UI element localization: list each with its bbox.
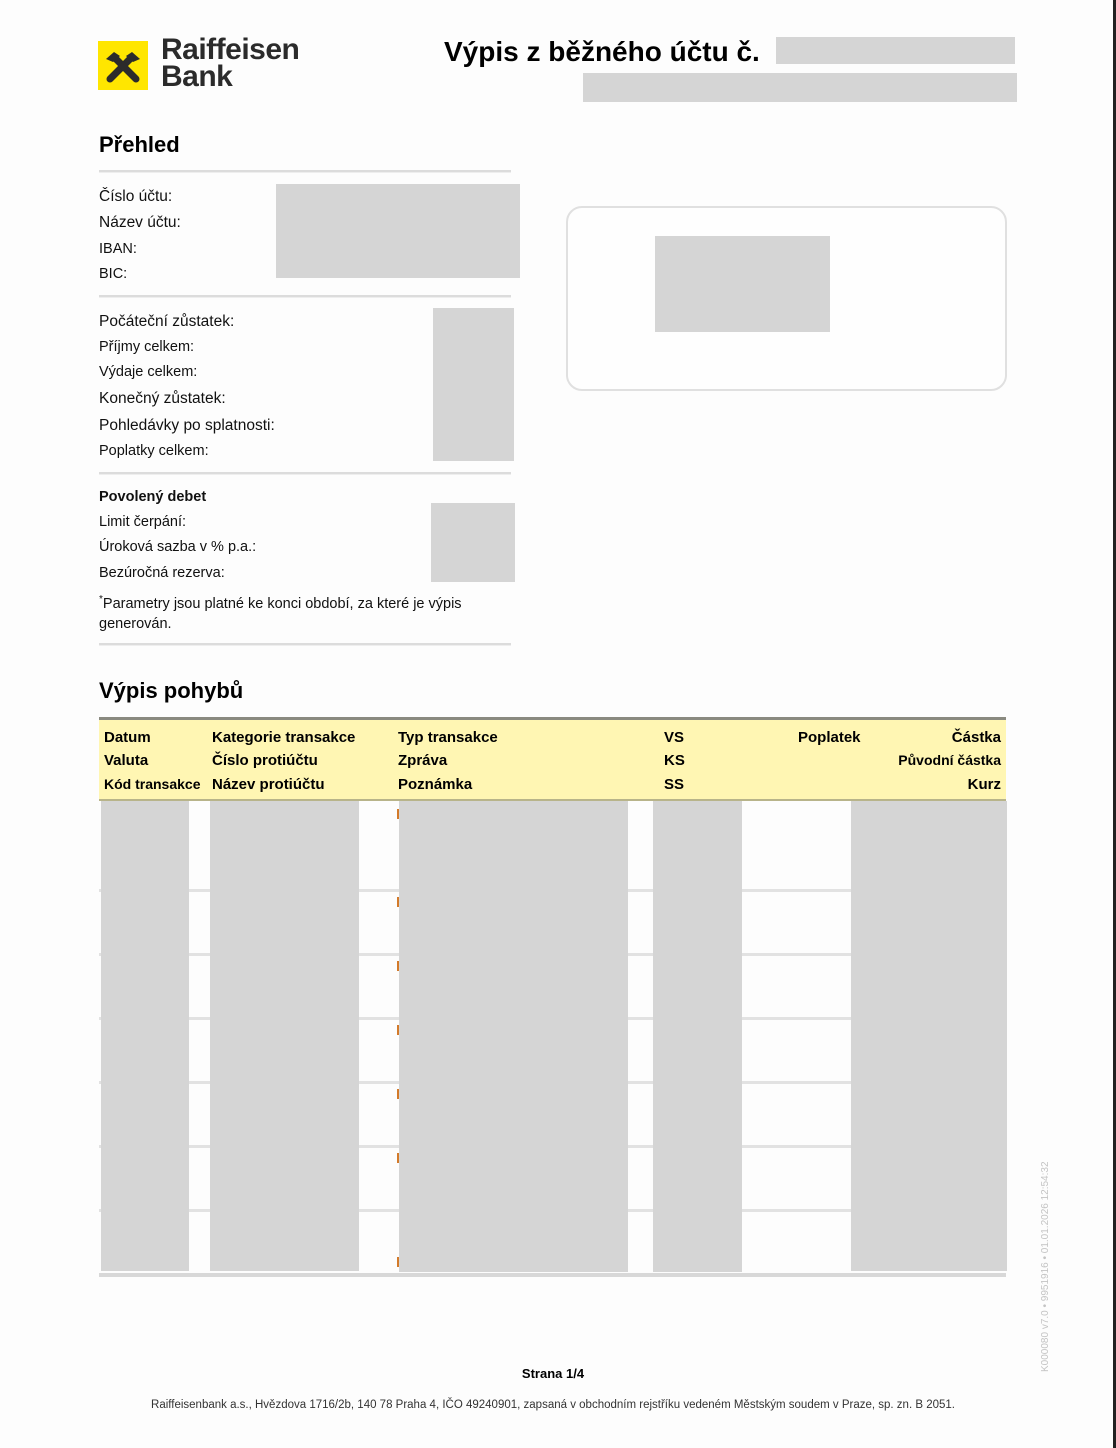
label-opening-balance: Počáteční zůstatek: — [99, 313, 234, 331]
col-exchange-rate: Kurz — [968, 776, 1001, 793]
label-interest-free-reserve: Bezúročná rezerva: — [99, 565, 225, 581]
overdraft-redacted — [431, 503, 515, 582]
legal-footer: Raiffeisenbank a.s., Hvězdova 1716/2b, 1… — [0, 1399, 1106, 1411]
label-account-name: Název účtu: — [99, 214, 181, 232]
col-ss: SS — [664, 776, 684, 793]
label-overdue-receivables: Pohledávky po splatnosti: — [99, 417, 275, 435]
page-number: Strana 1/4 — [0, 1366, 1106, 1381]
divider — [99, 472, 511, 475]
col-value-date: Valuta — [104, 752, 148, 769]
label-interest-rate: Úroková sazba v % p.a.: — [99, 539, 256, 555]
overview-title: Přehled — [99, 132, 180, 158]
label-draw-limit: Limit čerpání: — [99, 514, 186, 530]
col-message: Zpráva — [398, 752, 447, 769]
col-transaction-code: Kód transakce — [104, 776, 200, 792]
brand-line-2: Bank — [161, 63, 299, 90]
label-bic: BIC: — [99, 266, 127, 282]
overdraft-note: *Parametry jsou platné ke konci období, … — [99, 590, 509, 634]
col-counter-account: Číslo protiúčtu — [212, 752, 318, 769]
label-account-number: Číslo účtu: — [99, 188, 172, 206]
address-redacted — [655, 236, 830, 332]
col-transaction-type: Typ transakce — [398, 729, 498, 746]
label-expenses-total: Výdaje celkem: — [99, 364, 197, 380]
brand-name: Raiffeisen Bank — [161, 36, 299, 90]
overdraft-title: Povolený debet — [99, 489, 206, 505]
divider — [99, 295, 511, 298]
col-category-redacted — [210, 801, 359, 1271]
divider — [99, 643, 511, 646]
col-note: Poznámka — [398, 776, 472, 793]
col-ks: KS — [664, 752, 685, 769]
account-number-redacted — [776, 37, 1015, 64]
divider — [99, 170, 511, 173]
col-original-amount: Původní částka — [898, 752, 1001, 768]
period-redacted — [583, 73, 1017, 102]
label-income-total: Příjmy celkem: — [99, 339, 194, 355]
brand-line-1: Raiffeisen — [161, 36, 299, 63]
balances-redacted — [433, 308, 514, 461]
label-closing-balance: Konečný zůstatek: — [99, 390, 226, 408]
account-details-redacted — [276, 184, 520, 278]
col-type-redacted — [399, 801, 628, 1272]
raiffeisen-logo-icon — [98, 41, 148, 90]
label-fees-total: Poplatky celkem: — [99, 443, 209, 459]
col-date-redacted — [101, 801, 189, 1271]
col-vs: VS — [664, 729, 684, 746]
document-code: K000080 v7.0 • 9951916 • 01.01.2026 12:5… — [1040, 1161, 1051, 1372]
label-iban: IBAN: — [99, 241, 137, 257]
col-date: Datum — [104, 729, 151, 746]
document-title: Výpis z běžného účtu č. — [444, 36, 760, 68]
col-symbols-redacted — [653, 801, 742, 1272]
col-amount-redacted — [851, 801, 1007, 1271]
transactions-title: Výpis pohybů — [99, 678, 243, 704]
col-fee: Poplatek — [798, 729, 861, 746]
note-text: Parametry jsou platné ke konci období, z… — [99, 596, 462, 632]
transactions-table-header: Datum Valuta Kód transakce Kategorie tra… — [99, 717, 1006, 801]
col-category: Kategorie transakce — [212, 729, 355, 746]
col-amount: Částka — [952, 729, 1001, 746]
col-counter-account-name: Název protiúčtu — [212, 776, 325, 793]
table-bottom-line — [99, 1273, 1006, 1277]
